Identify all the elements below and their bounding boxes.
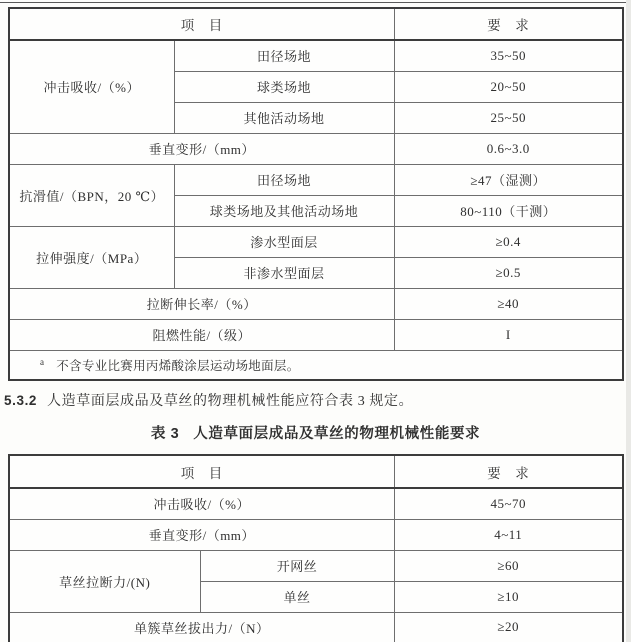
table-row: 垂直变形/（mm） 4~11 <box>9 519 623 550</box>
table-row: 项 目 要 求 <box>9 8 623 40</box>
requirement-cell: 25~50 <box>394 102 623 133</box>
footnote-marker: a <box>40 357 44 367</box>
requirement-cell: ≥20 <box>394 612 623 642</box>
section-text: 人造草面层成品及草丝的物理机械性能应符合表 3 规定。 <box>47 394 413 409</box>
table-3-turf-properties: 项 目 要 求 冲击吸收/（%） 45~70 垂直变形/（mm） 4~11 草丝… <box>8 454 624 642</box>
sub-item-cell: 单丝 <box>200 581 394 612</box>
item-label-cell: 草丝拉断力/(N) <box>9 550 200 612</box>
column-header-item: 项 目 <box>9 455 394 488</box>
sub-item-cell: 球类场地及其他活动场地 <box>174 195 394 226</box>
sub-item-cell: 开网丝 <box>200 550 394 581</box>
footnote-cell: a不含专业比赛用丙烯酸涂层运动场地面层。 <box>9 350 623 380</box>
requirement-cell: 4~11 <box>394 519 623 550</box>
table-3-caption-label: 表 3 <box>151 426 179 442</box>
sub-item-cell: 其他活动场地 <box>174 102 394 133</box>
table-3-caption-text: 人造草面层成品及草丝的物理机械性能要求 <box>193 426 480 442</box>
item-label-cell: 阻燃性能/（级） <box>9 319 394 350</box>
section-paragraph: 5.3.2人造草面层成品及草丝的物理机械性能应符合表 3 规定。 <box>4 392 631 410</box>
table-row: 拉伸强度/（MPa） 渗水型面层 ≥0.4 <box>9 226 623 257</box>
requirement-cell: I <box>394 319 623 350</box>
requirement-cell: 45~70 <box>394 488 623 519</box>
column-header-requirement: 要 求 <box>394 8 623 40</box>
table-row: 垂直变形/（mm） 0.6~3.0 <box>9 133 623 164</box>
column-header-item: 项 目 <box>9 8 394 40</box>
requirement-cell: 0.6~3.0 <box>394 133 623 164</box>
requirement-cell: ≥60 <box>394 550 623 581</box>
sub-item-cell: 非渗水型面层 <box>174 257 394 288</box>
table-row: 拉断伸长率/（%） ≥40 <box>9 288 623 319</box>
item-label-cell: 冲击吸收/（%） <box>9 488 394 519</box>
item-label-cell: 拉断伸长率/（%） <box>9 288 394 319</box>
sub-item-cell: 田径场地 <box>174 164 394 195</box>
column-header-requirement: 要 求 <box>394 455 623 488</box>
item-label-cell: 单簇草丝拔出力/（N） <box>9 612 394 642</box>
requirement-cell: ≥0.4 <box>394 226 623 257</box>
table-row: 冲击吸收/（%） 45~70 <box>9 488 623 519</box>
table-row: 阻燃性能/（级） I <box>9 319 623 350</box>
requirement-cell: ≥47（湿测） <box>394 164 623 195</box>
table-row: 草丝拉断力/(N) 开网丝 ≥60 <box>9 550 623 581</box>
requirement-cell: 20~50 <box>394 71 623 102</box>
footnote-text: 不含专业比赛用丙烯酸涂层运动场地面层。 <box>56 359 299 373</box>
sub-item-cell: 渗水型面层 <box>174 226 394 257</box>
requirement-cell: ≥40 <box>394 288 623 319</box>
requirement-cell: ≥10 <box>394 581 623 612</box>
requirement-cell: ≥0.5 <box>394 257 623 288</box>
sub-item-cell: 田径场地 <box>174 40 394 71</box>
section-number: 5.3.2 <box>4 393 37 408</box>
item-label-cell: 垂直变形/（mm） <box>9 519 394 550</box>
requirement-cell: 80~110（干测） <box>394 195 623 226</box>
page-edge-shadow <box>626 0 631 642</box>
page-crop-rule <box>0 2 628 3</box>
item-label-cell: 冲击吸收/（%） <box>9 40 174 133</box>
table-3-caption: 表 3人造草面层成品及草丝的物理机械性能要求 <box>0 422 631 443</box>
table-row: 冲击吸收/（%） 田径场地 35~50 <box>9 40 623 71</box>
table-row: 抗滑值/（BPN，20 ℃） 田径场地 ≥47（湿测） <box>9 164 623 195</box>
table-row: 单簇草丝拔出力/（N） ≥20 <box>9 612 623 642</box>
item-label-cell: 抗滑值/（BPN，20 ℃） <box>9 164 174 226</box>
requirement-cell: 35~50 <box>394 40 623 71</box>
table-footnote-row: a不含专业比赛用丙烯酸涂层运动场地面层。 <box>9 350 623 380</box>
item-label-cell: 拉伸强度/（MPa） <box>9 226 174 288</box>
sub-item-cell: 球类场地 <box>174 71 394 102</box>
table-row: 项 目 要 求 <box>9 455 623 488</box>
table-2-surface-properties: 项 目 要 求 冲击吸收/（%） 田径场地 35~50 球类场地 20~50 其… <box>8 7 624 381</box>
item-label-cell: 垂直变形/（mm） <box>9 133 394 164</box>
